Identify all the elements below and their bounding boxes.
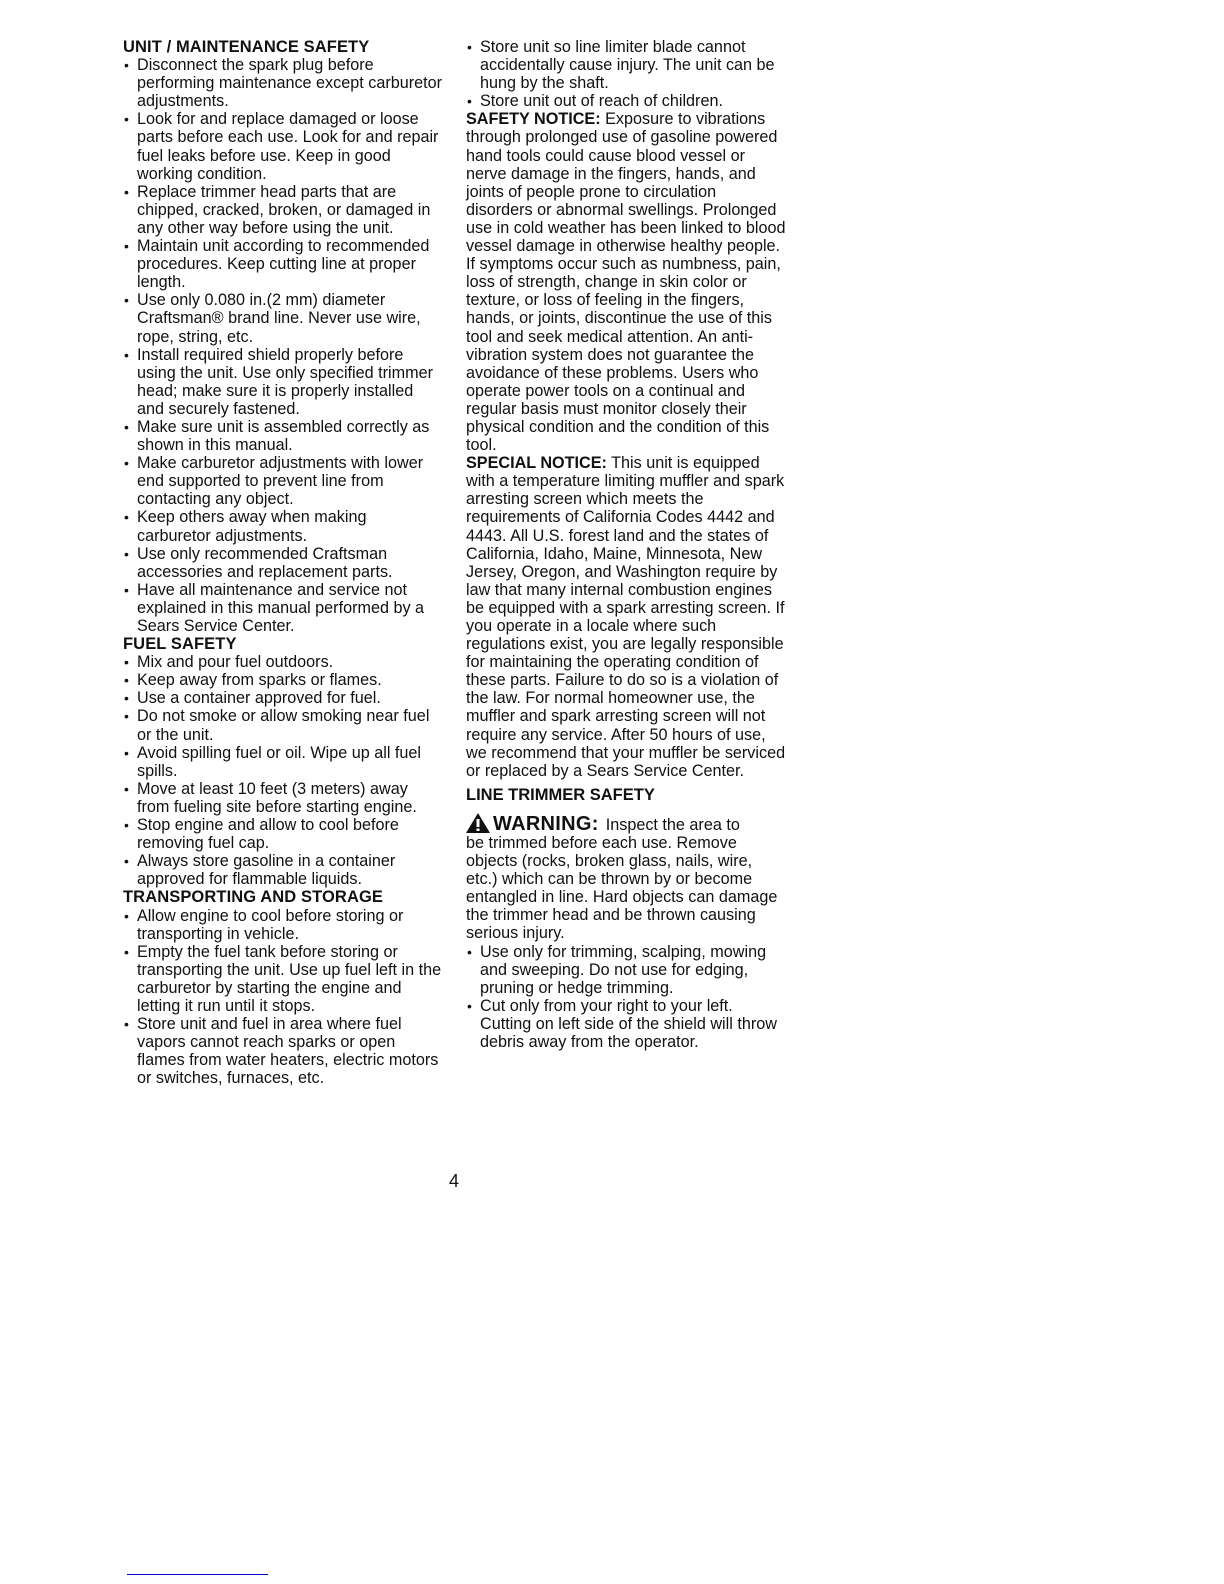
special-notice-body: This unit is equipped with a temperature… <box>466 454 785 780</box>
warning-first-line: Inspect the area to <box>606 816 740 834</box>
list-item: Avoid spilling fuel or oil. Wipe up all … <box>123 744 443 780</box>
list-item: Use only recommended Craftsman accessori… <box>123 545 443 581</box>
list-item: Install required shield properly before … <box>123 346 443 418</box>
warning-triangle-icon <box>466 813 490 833</box>
page-number: 4 <box>449 1171 459 1192</box>
list-item: Use only for trimming, scalping, mowing … <box>466 943 786 997</box>
list-item: Use a container approved for fuel. <box>123 689 443 707</box>
bullet-list: Use only for trimming, scalping, mowing … <box>466 943 786 1052</box>
bullet-list: Disconnect the spark plug before perform… <box>123 56 443 635</box>
list-item: Store unit out of reach of children. <box>466 92 786 110</box>
section-heading: FUEL SAFETY <box>123 635 443 653</box>
fuel-safety-section: FUEL SAFETY Mix and pour fuel outdoors. … <box>123 635 443 888</box>
list-item: Move at least 10 feet (3 meters) away fr… <box>123 780 443 816</box>
special-notice-label: SPECIAL NOTICE: <box>466 454 607 472</box>
list-item: Do not smoke or allow smoking near fuel … <box>123 707 443 743</box>
section-heading: UNIT / MAINTENANCE SAFETY <box>123 38 443 56</box>
list-item: Mix and pour fuel outdoors. <box>123 653 443 671</box>
unit-maintenance-safety-section: UNIT / MAINTENANCE SAFETY Disconnect the… <box>123 38 443 635</box>
list-item: Store unit so line limiter blade cannot … <box>466 38 786 92</box>
bullet-list: Mix and pour fuel outdoors. Keep away fr… <box>123 653 443 888</box>
bullet-list: Allow engine to cool before storing or t… <box>123 907 443 1088</box>
list-item: Stop engine and allow to cool before rem… <box>123 816 443 852</box>
list-item: Make sure unit is assembled correctly as… <box>123 418 443 454</box>
list-item: Store unit and fuel in area where fuel v… <box>123 1015 443 1087</box>
footer-rule <box>127 1574 268 1575</box>
list-item: Empty the fuel tank before storing or tr… <box>123 943 443 1015</box>
bullet-list: Store unit so line limiter blade cannot … <box>466 38 786 110</box>
list-item: Disconnect the spark plug before perform… <box>123 56 443 110</box>
list-item: Replace trimmer head parts that are chip… <box>123 183 443 237</box>
list-item: Always store gasoline in a container app… <box>123 852 443 888</box>
warning-body: be trimmed before each use. Remove objec… <box>466 834 786 943</box>
safety-notice-body: Exposure to vibrations through prolonged… <box>466 110 785 454</box>
special-notice: SPECIAL NOTICE: This unit is equipped wi… <box>466 454 786 780</box>
transporting-storage-section: TRANSPORTING AND STORAGE Allow engine to… <box>123 888 443 1087</box>
list-item: Look for and replace damaged or loose pa… <box>123 110 443 182</box>
list-item: Use only 0.080 in.(2 mm) diameter Crafts… <box>123 291 443 345</box>
section-heading: LINE TRIMMER SAFETY <box>466 786 786 804</box>
right-column: Store unit so line limiter blade cannot … <box>466 38 786 1051</box>
list-item: Have all maintenance and service not exp… <box>123 581 443 635</box>
storage-continued-section: Store unit so line limiter blade cannot … <box>466 38 786 110</box>
safety-notice: SAFETY NOTICE: Exposure to vibrations th… <box>466 110 786 454</box>
safety-notice-label: SAFETY NOTICE: <box>466 110 601 128</box>
line-trimmer-safety-section: LINE TRIMMER SAFETY WARNING: Inspect the… <box>466 786 786 1051</box>
section-heading: TRANSPORTING AND STORAGE <box>123 888 443 906</box>
warning-header: WARNING: Inspect the area to <box>466 814 786 834</box>
list-item: Keep away from sparks or flames. <box>123 671 443 689</box>
list-item: Make carburetor adjustments with lower e… <box>123 454 443 508</box>
left-column: UNIT / MAINTENANCE SAFETY Disconnect the… <box>123 38 443 1087</box>
list-item: Maintain unit according to recommended p… <box>123 237 443 291</box>
list-item: Cut only from your right to your left. C… <box>466 997 786 1051</box>
list-item: Keep others away when making carburetor … <box>123 508 443 544</box>
list-item: Allow engine to cool before storing or t… <box>123 907 443 943</box>
warning-label: WARNING: <box>493 814 599 834</box>
